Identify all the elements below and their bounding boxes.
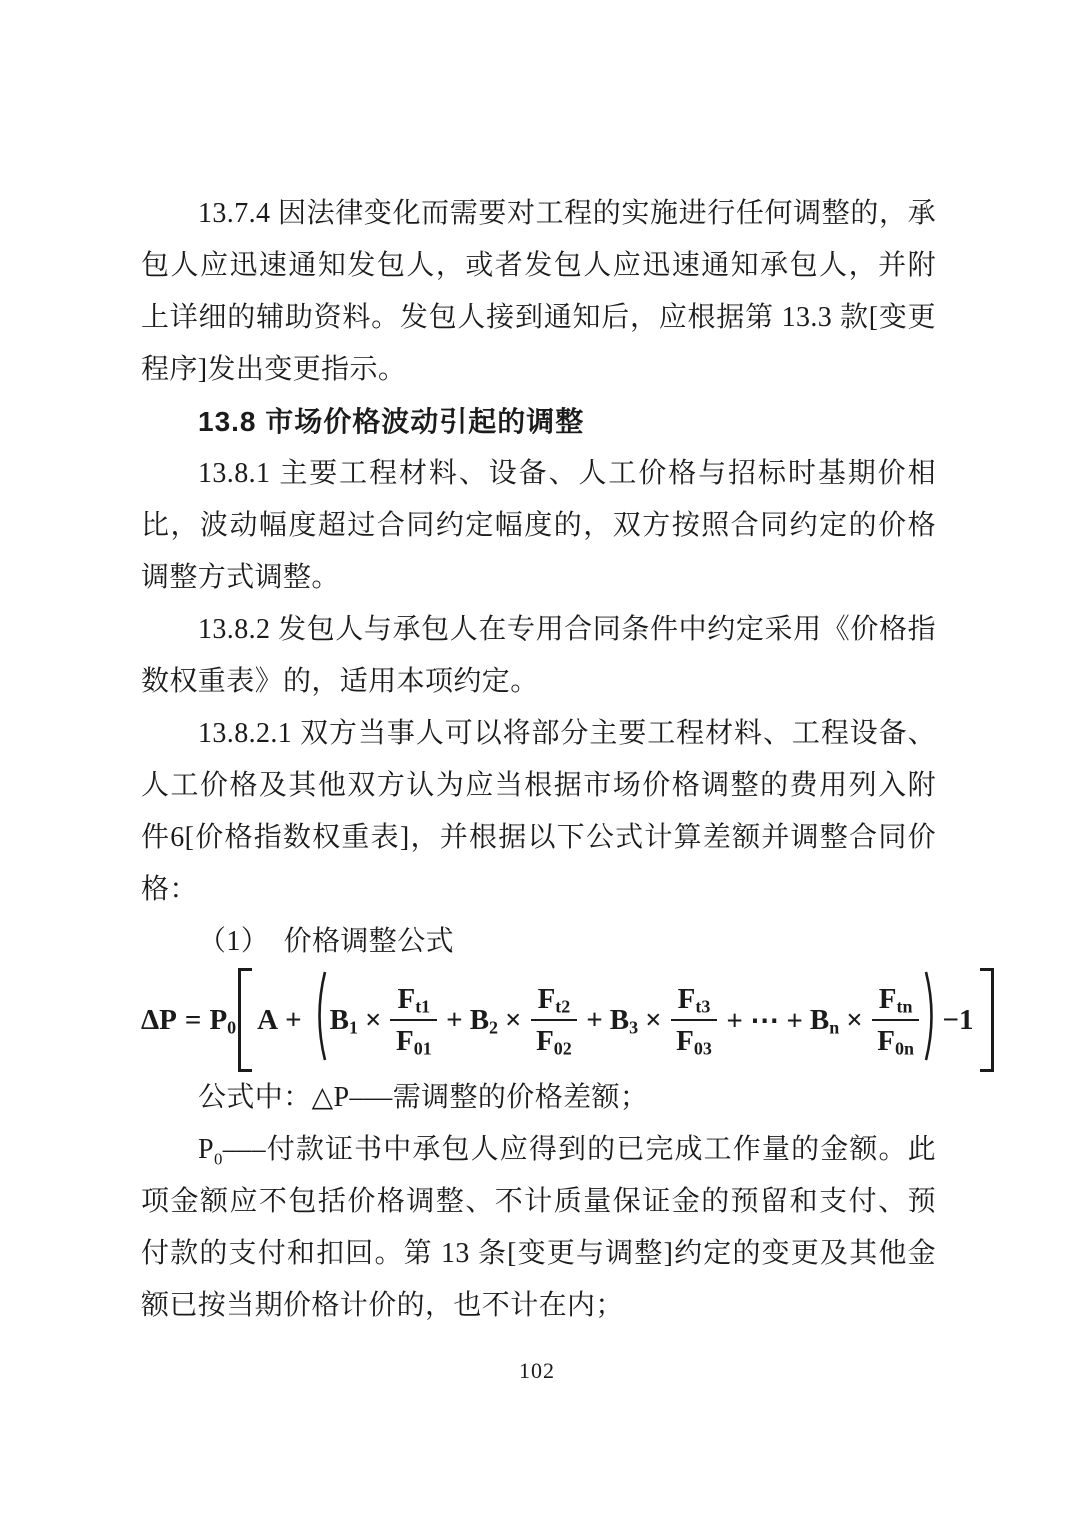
fraction-2: Ft2 F02 bbox=[531, 981, 578, 1060]
left-paren bbox=[312, 970, 327, 1070]
equals-sign: = bbox=[185, 1004, 202, 1037]
document-page: 13.7.4 因法律变化而需要对工程的实施进行任何调整的，承包人应迅速通知发包人… bbox=[0, 0, 1074, 1520]
fraction-n: Ftn F0n bbox=[872, 981, 920, 1060]
plus-sign: + bbox=[285, 1004, 302, 1037]
formula-p0: P0 bbox=[209, 1004, 236, 1037]
right-paren bbox=[924, 970, 939, 1070]
fraction-1: Ft1 F01 bbox=[390, 981, 437, 1060]
paragraph-13-8-2-1: 13.8.2.1 双方当事人可以将部分主要工程材料、工程设备、人工价格及其他双方… bbox=[141, 708, 936, 916]
text-block: 13.7.4 因法律变化而需要对工程的实施进行任何调整的，承包人应迅速通知发包人… bbox=[141, 188, 936, 1332]
left-square-bracket bbox=[238, 968, 252, 1072]
fraction-3: Ft3 F03 bbox=[671, 981, 718, 1060]
formula-a-term: A bbox=[257, 1004, 278, 1037]
formula-term-2: B2 × Ft2 F02 bbox=[470, 981, 580, 1060]
times-sign: × bbox=[846, 1004, 863, 1037]
formula-term-3: B3 × Ft3 F03 bbox=[610, 981, 720, 1060]
times-sign: × bbox=[505, 1004, 522, 1037]
paragraph-13-7-4: 13.7.4 因法律变化而需要对工程的实施进行任何调整的，承包人应迅速通知发包人… bbox=[141, 188, 936, 396]
paragraph-13-8-2: 13.8.2 发包人与承包人在专用合同条件中约定采用《价格指数权重表》的，适用本… bbox=[141, 604, 936, 708]
paragraph-formula-legend-dp: 公式中：△P–––需调整的价格差额； bbox=[141, 1072, 936, 1124]
page-number: 102 bbox=[0, 1358, 1074, 1384]
plus-sign: + bbox=[446, 1004, 463, 1037]
plus-sign: + bbox=[586, 1004, 603, 1037]
ellipsis: + ⋯ + bbox=[726, 1003, 803, 1038]
formula-term-n: Bn × Ftn F0n bbox=[810, 981, 922, 1060]
times-sign: × bbox=[645, 1004, 662, 1037]
list-item-1-formula-title: （1） 价格调整公式 bbox=[141, 916, 936, 968]
price-adjustment-formula: ΔP = P0 A + B1 × Ft1 F01 + B2 × bbox=[141, 968, 936, 1072]
formula-delta-p: ΔP bbox=[141, 1004, 177, 1037]
times-sign: × bbox=[365, 1004, 382, 1037]
paragraph-13-8-1: 13.8.1 主要工程材料、设备、人工价格与招标时基期价相比，波动幅度超过合同约… bbox=[141, 448, 936, 604]
formula-term-1: B1 × Ft1 F01 bbox=[330, 981, 440, 1060]
formula-minus-one: −1 bbox=[942, 1004, 973, 1037]
paragraph-formula-legend-p0: P0–––付款证书中承包人应得到的已完成工作量的金额。此项金额应不包括价格调整、… bbox=[141, 1124, 936, 1332]
right-square-bracket bbox=[980, 968, 994, 1072]
heading-13-8: 13.8 市场价格波动引起的调整 bbox=[141, 396, 936, 448]
